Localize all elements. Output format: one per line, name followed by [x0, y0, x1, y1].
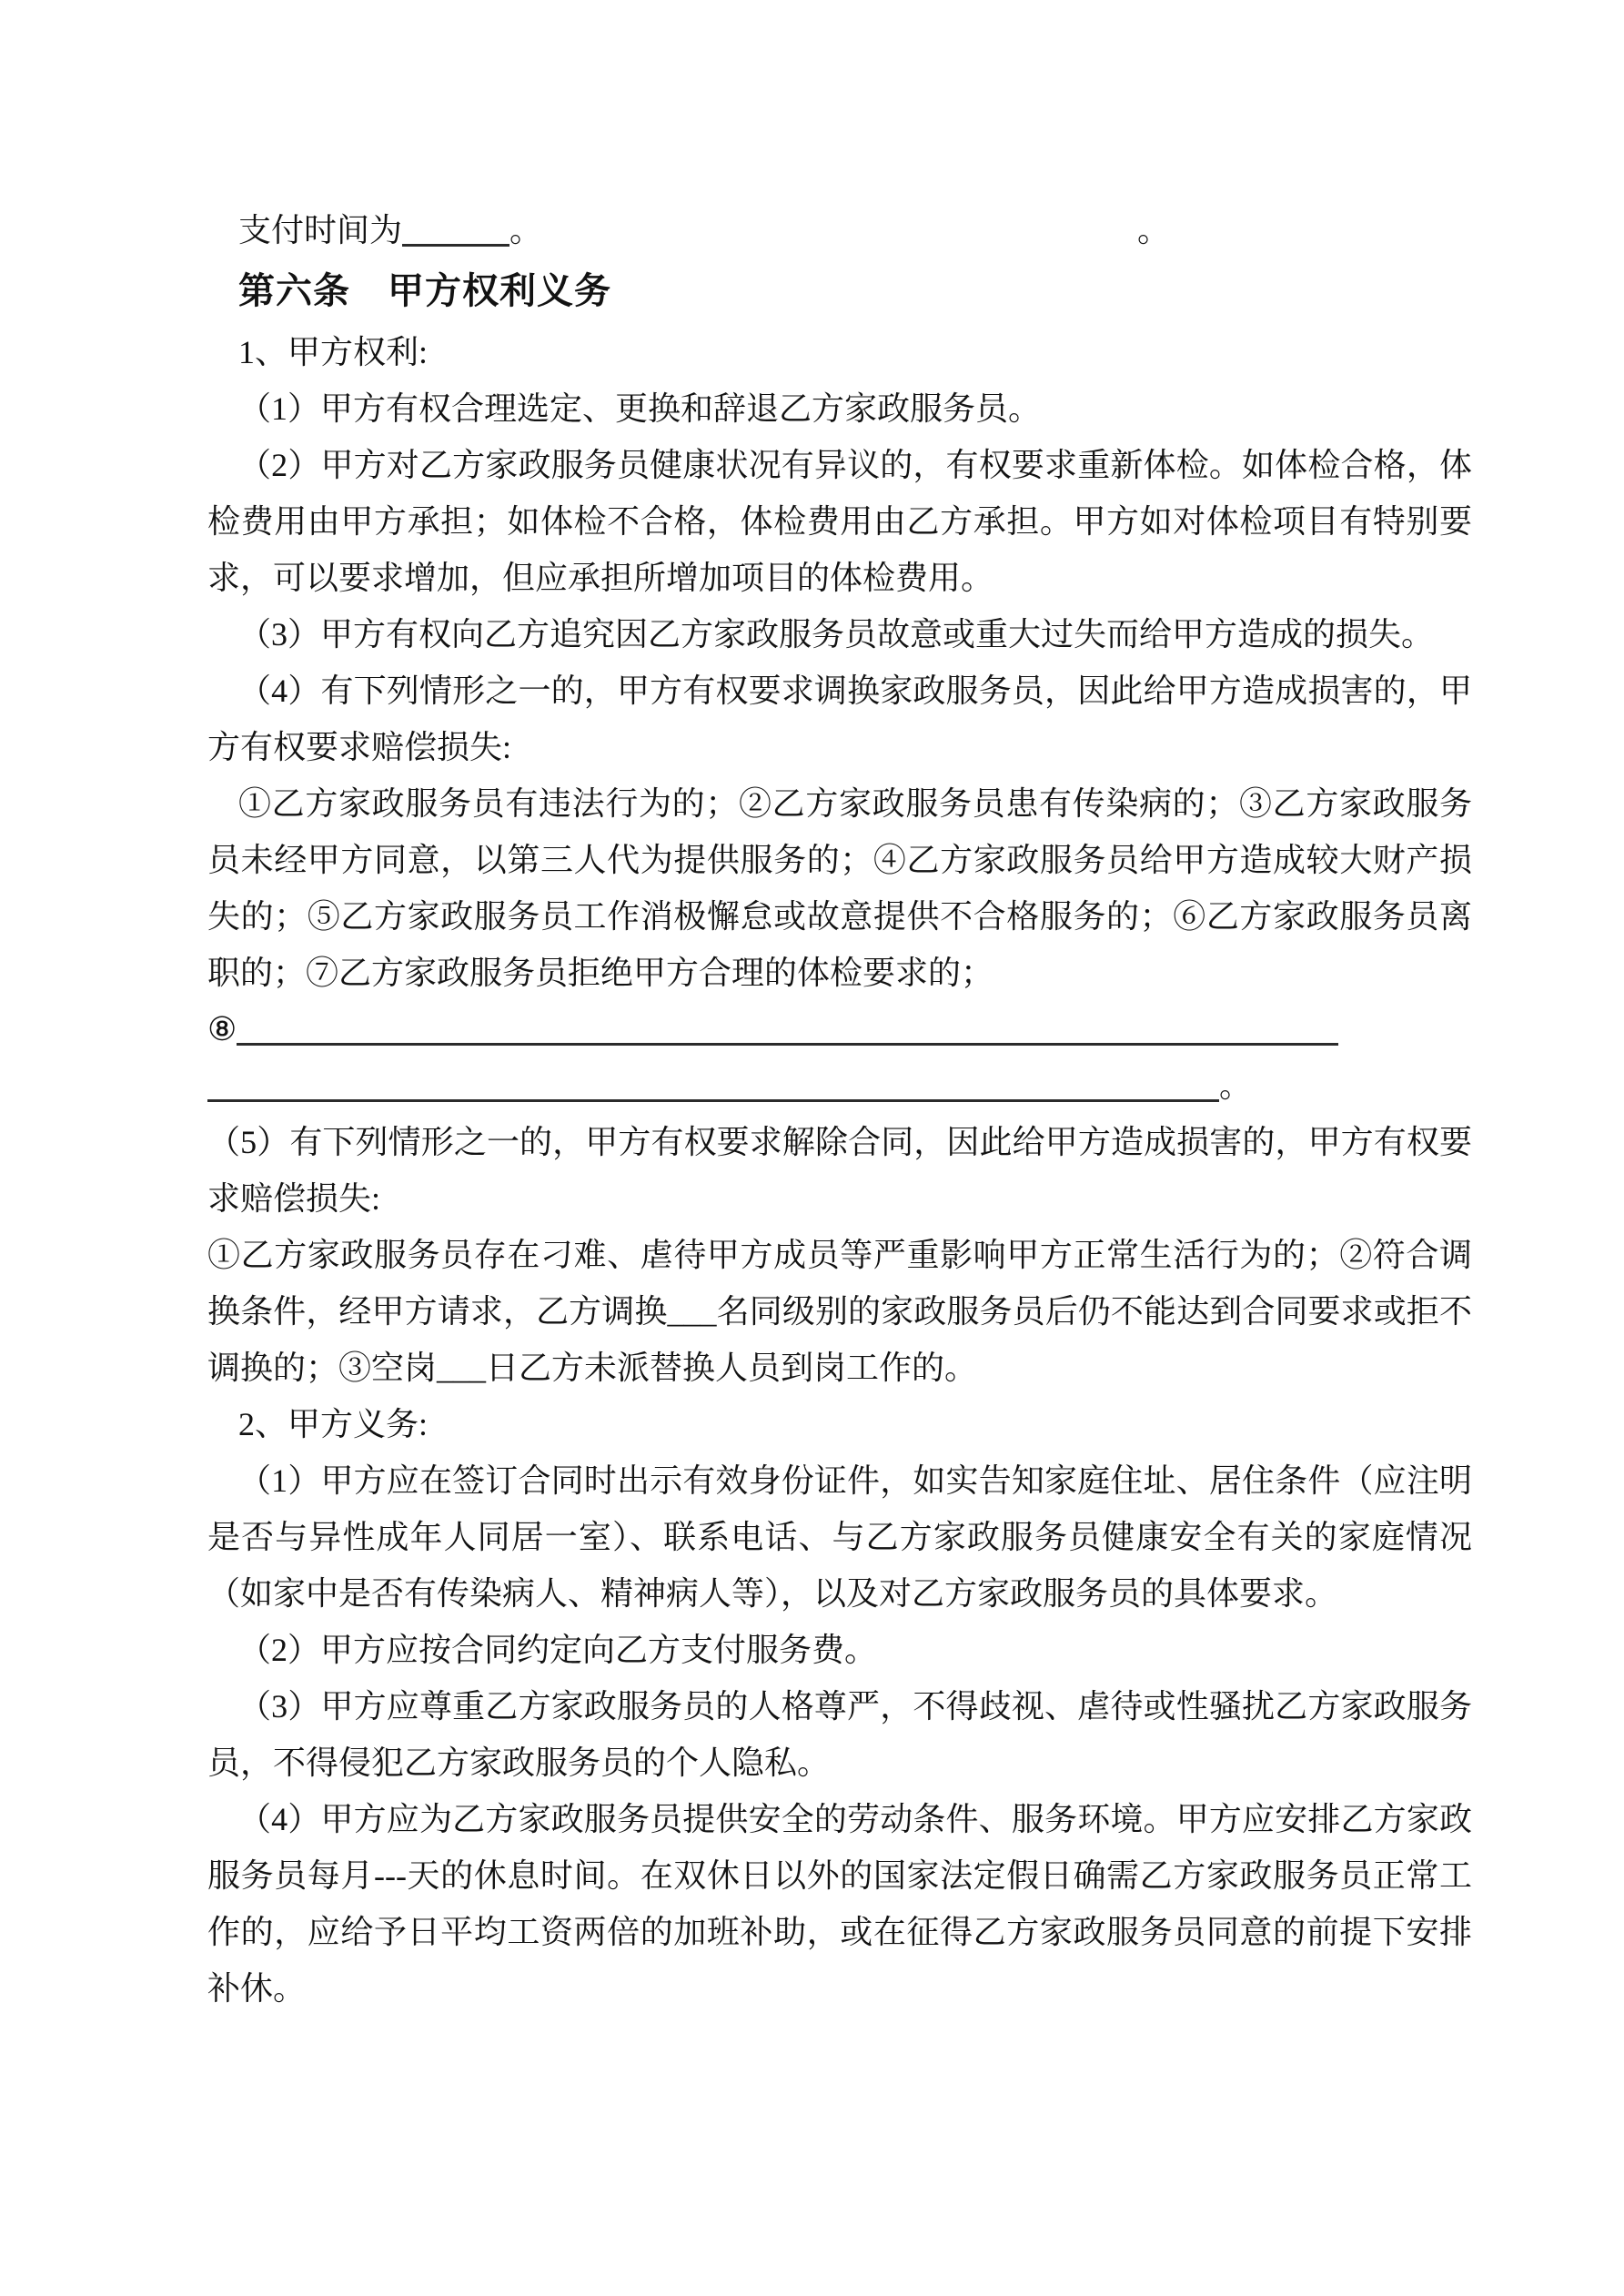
duty-clause-3: （3）甲方应尊重乙方家政服务员的人格尊严，不得歧视、虐待或性骚扰乙方家政服务员，…: [207, 1678, 1472, 1791]
article-6-title: 第六条 甲方权利义务: [207, 258, 1472, 324]
payment-time-line: 支付时间为。 。: [207, 202, 1472, 258]
item-8-blank-field-line-2: [207, 1065, 1219, 1102]
stray-sentence-period: 。: [1106, 202, 1170, 258]
payment-time-period: 。: [509, 212, 542, 248]
party-a-rights-heading: 1、甲方权利:: [207, 324, 1472, 380]
right-clause-4: （4）有下列情形之一的，甲方有权要求调换家政服务员，因此给甲方造成损害的，甲方有…: [207, 663, 1472, 775]
payment-time-blank-field: [402, 209, 509, 247]
right-clause-2: （2）甲方对乙方家政服务员健康状况有异议的，有权要求重新体检。如体检合格，体检费…: [207, 437, 1472, 606]
contract-page: 支付时间为。 。 第六条 甲方权利义务 1、甲方权利: （1）甲方有权合理选定、…: [0, 0, 1624, 2296]
duty-clause-1: （1）甲方应在签订合同时出示有效身份证件，如实告知家庭住址、居住条件（应注明是否…: [207, 1452, 1472, 1622]
item-8-continuation-line: 。: [207, 1057, 1472, 1114]
item-8-label: ⑧: [207, 1011, 237, 1047]
item-8-blank-field-line-1: [237, 1008, 1338, 1046]
right-clause-1: （1）甲方有权合理选定、更换和辞退乙方家政服务员。: [207, 380, 1472, 437]
right-clause-5-items: ①乙方家政服务员存在刁难、虐待甲方成员等严重影响甲方正常生活行为的；②符合调换条…: [207, 1227, 1472, 1396]
right-clause-3: （3）甲方有权向乙方追究因乙方家政服务员故意或重大过失而给甲方造成的损失。: [207, 606, 1472, 663]
duty-clause-2: （2）甲方应按合同约定向乙方支付服务费。: [207, 1622, 1472, 1678]
right-clause-item-8-line: ⑧: [207, 1001, 1472, 1057]
right-clause-4-items: ①乙方家政服务员有违法行为的；②乙方家政服务员患有传染病的；③乙方家政服务员未经…: [207, 775, 1472, 1001]
duty-clause-4: （4）甲方应为乙方家政服务员提供安全的劳动条件、服务环境。甲方应安排乙方家政服务…: [207, 1791, 1472, 2017]
payment-time-text: 支付时间为: [238, 212, 402, 248]
right-clause-5: （5）有下列情形之一的，甲方有权要求解除合同，因此给甲方造成损害的，甲方有权要求…: [207, 1114, 1472, 1227]
item-8-period: 。: [1219, 1067, 1252, 1104]
party-a-duties-heading: 2、甲方义务:: [207, 1396, 1472, 1452]
